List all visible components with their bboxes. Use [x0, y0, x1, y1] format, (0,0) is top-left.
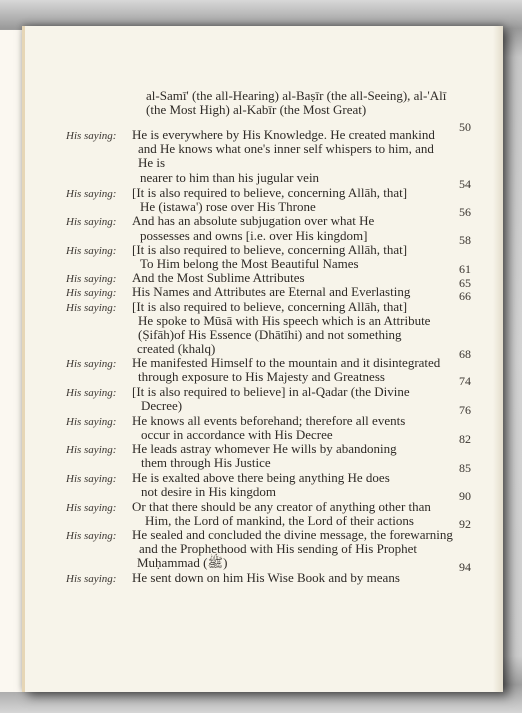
- entry-continuation: Muḥammad (ﷺ): [137, 556, 227, 570]
- entry-continuation: Him, the Lord of mankind, the Lord of th…: [145, 514, 414, 528]
- page-number: 56: [459, 205, 471, 219]
- entry-label: His saying:: [66, 501, 116, 515]
- entry-continuation: created (khalq): [137, 342, 215, 356]
- entry-label: His saying:: [66, 529, 116, 543]
- page-number: 50: [459, 120, 471, 134]
- entry-label: His saying:: [66, 272, 116, 286]
- entry-label: His saying:: [66, 301, 116, 315]
- entry-text: He manifested Himself to the mountain an…: [132, 356, 440, 370]
- entry-continuation: occur in accordance with His Decree: [141, 428, 333, 442]
- entry-label: His saying:: [66, 443, 116, 457]
- entry-continuation: (Ṣifāh)of His Essence (Dhātīhi) and not …: [138, 328, 402, 342]
- entry-label: His saying:: [66, 244, 116, 258]
- page-number: 92: [459, 517, 471, 531]
- entry-continuation: He spoke to Mūsā with His speech which i…: [138, 314, 430, 328]
- page-number: 61: [459, 262, 471, 276]
- entry-text: He sealed and concluded the divine messa…: [132, 528, 453, 542]
- entry-continuation: possesses and owns [i.e. over His kingdo…: [140, 229, 367, 243]
- entry-text: He is exalted above there being anything…: [132, 471, 390, 485]
- entry-text: Or that there should be any creator of a…: [132, 500, 431, 514]
- page-number: 68: [459, 347, 471, 361]
- entry-text: He is everywhere by His Knowledge. He cr…: [132, 128, 435, 142]
- entry-text: [It is also required to believe, concern…: [132, 186, 407, 200]
- entry-label: His saying:: [66, 415, 116, 429]
- entry-continuation: not desire in His kingdom: [141, 485, 276, 499]
- entry-label: His saying:: [66, 286, 116, 300]
- entry-label: His saying:: [66, 386, 116, 400]
- entry-text: And has an absolute subjugation over wha…: [132, 214, 374, 228]
- entry-continuation: nearer to him than his jugular vein: [140, 171, 319, 185]
- page-number: 66: [459, 289, 471, 303]
- entry-label: His saying:: [66, 572, 116, 586]
- entry-text: His Names and Attributes are Eternal and…: [132, 285, 410, 299]
- entry-label: His saying:: [66, 215, 116, 229]
- entry-continuation: To Him belong the Most Beautiful Names: [140, 257, 359, 271]
- page-number: 54: [459, 177, 471, 191]
- entry-continuation: and He knows what one's inner self whisp…: [138, 142, 434, 156]
- entry-continuation: He (istawa') rose over His Throne: [140, 200, 316, 214]
- page-number: 74: [459, 374, 471, 388]
- entry-label: His saying:: [66, 129, 116, 143]
- page-number: 85: [459, 461, 471, 475]
- entry-label: His saying:: [66, 472, 116, 486]
- entry-continuation: (the Most High) al-Kabīr (the Most Great…: [146, 103, 366, 117]
- entry-label: His saying:: [66, 187, 116, 201]
- entry-text: He leads astray whomever He wills by aba…: [132, 442, 397, 456]
- entry-continuation: He is: [138, 156, 165, 170]
- entry-text: He knows all events beforehand; therefor…: [132, 414, 405, 428]
- page-number: 76: [459, 403, 471, 417]
- entry-continuation: Decree): [141, 399, 182, 413]
- entry-text: And the Most Sublime Attributes: [132, 271, 305, 285]
- page-number: 65: [459, 276, 471, 290]
- page-number: 82: [459, 432, 471, 446]
- entry-label: His saying:: [66, 357, 116, 371]
- page-number: 58: [459, 233, 471, 247]
- page-number: 94: [459, 560, 471, 574]
- entry-continuation: through exposure to His Majesty and Grea…: [138, 370, 385, 384]
- entry-text: [It is also required to believe, concern…: [132, 300, 407, 314]
- entry-text: He sent down on him His Wise Book and by…: [132, 571, 400, 585]
- entry-text: [It is also required to believe, concern…: [132, 243, 407, 257]
- facing-page-edge: [0, 30, 22, 692]
- entry-continuation: al-Samī' (the all-Hearing) al-Baṣīr (the…: [146, 89, 446, 103]
- page-number: 90: [459, 489, 471, 503]
- entry-continuation: them through His Justice: [141, 456, 271, 470]
- entry-text: [It is also required to believe] in al-Q…: [132, 385, 410, 399]
- entry-continuation: and the Prophethood with His sending of …: [139, 542, 417, 556]
